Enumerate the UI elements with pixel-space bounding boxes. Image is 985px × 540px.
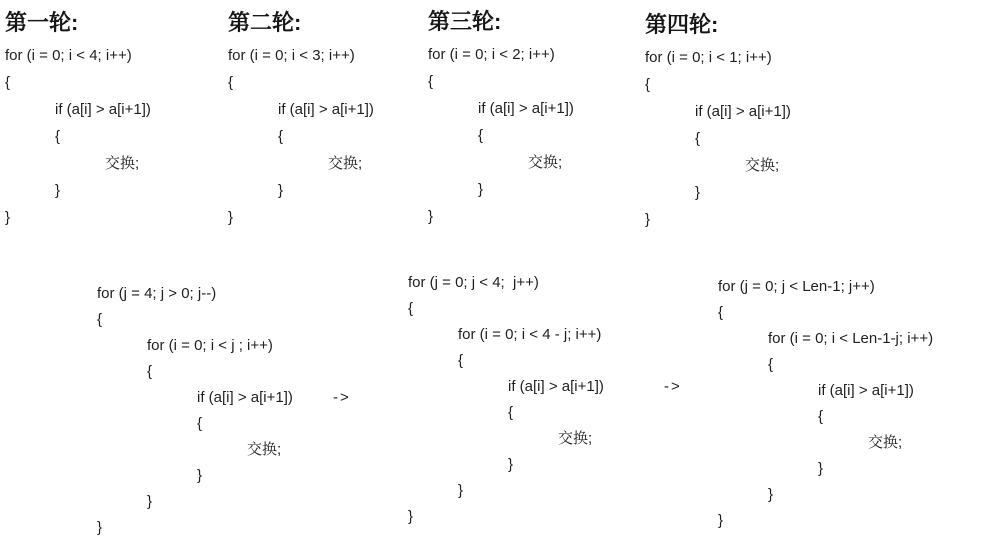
code-line: 交换; [408, 426, 604, 452]
code-line: } [428, 176, 574, 203]
generalized-loop-j-countdown-block: for (j = 4; j > 0; j--) { for (i = 0; i … [97, 281, 293, 540]
arrow-right-icon: -> [664, 374, 682, 400]
code-line: { [5, 69, 151, 96]
code-line: for (i = 0; i < Len-1-j; i++) [718, 326, 933, 352]
code-line: { [428, 68, 574, 95]
generalized-3-code: for (j = 0; j < Len-1; j++) { for (i = 0… [718, 274, 933, 534]
code-line: for (i = 0; i < 4 - j; i++) [408, 322, 604, 348]
code-line: { [718, 404, 933, 430]
code-line: { [408, 348, 604, 374]
code-line: { [408, 296, 604, 322]
code-line: } [5, 204, 151, 231]
code-line: } [645, 179, 791, 206]
code-line: if (a[i] > a[i+1]) [718, 378, 933, 404]
code-line: { [718, 300, 933, 326]
generalized-2-code: for (j = 0; j < 4; j++) { for (i = 0; i … [408, 270, 604, 530]
code-line: for (i = 0; i < 4; i++) [5, 42, 151, 69]
code-line: for (j = 4; j > 0; j--) [97, 281, 293, 307]
code-line: { [645, 71, 791, 98]
code-line: if (a[i] > a[i+1]) [408, 374, 604, 400]
round-2-block: 第二轮: for (i = 0; i < 3; i++) { if (a[i] … [228, 8, 374, 231]
code-line: for (i = 0; i < 2; i++) [428, 41, 574, 68]
code-line: } [228, 177, 374, 204]
round-3-code: for (i = 0; i < 2; i++) { if (a[i] > a[i… [428, 41, 574, 230]
round-4-block: 第四轮: for (i = 0; i < 1; i++) { if (a[i] … [645, 10, 791, 233]
code-line: } [718, 482, 933, 508]
code-line: { [428, 122, 574, 149]
code-line: } [408, 478, 604, 504]
code-line: { [228, 123, 374, 150]
round-4-title: 第四轮: [645, 10, 791, 40]
code-line: { [228, 69, 374, 96]
round-3-block: 第三轮: for (i = 0; i < 2; i++) { if (a[i] … [428, 7, 574, 230]
code-line: if (a[i] > a[i+1]) [97, 385, 293, 411]
code-line: } [5, 177, 151, 204]
generalized-loop-4-minus-j-block: for (j = 0; j < 4; j++) { for (i = 0; i … [408, 270, 604, 530]
code-line: for (i = 0; i < j ; i++) [97, 333, 293, 359]
code-line: 交换; [97, 437, 293, 463]
code-line: } [97, 463, 293, 489]
code-line: 交换; [228, 150, 374, 177]
code-line: } [408, 452, 604, 478]
code-line: if (a[i] > a[i+1]) [5, 96, 151, 123]
code-line: { [97, 307, 293, 333]
code-line: { [408, 400, 604, 426]
generalized-1-code: for (j = 4; j > 0; j--) { for (i = 0; i … [97, 281, 293, 540]
round-1-code: for (i = 0; i < 4; i++) { if (a[i] > a[i… [5, 42, 151, 231]
code-line: { [97, 359, 293, 385]
round-1-title: 第一轮: [5, 8, 151, 38]
generalized-loop-len-block: for (j = 0; j < Len-1; j++) { for (i = 0… [718, 274, 933, 534]
code-line: } [645, 206, 791, 233]
round-3-title: 第三轮: [428, 7, 574, 37]
round-4-code: for (i = 0; i < 1; i++) { if (a[i] > a[i… [645, 44, 791, 233]
code-line: for (i = 0; i < 1; i++) [645, 44, 791, 71]
code-line: 交换; [428, 149, 574, 176]
code-line: } [718, 508, 933, 534]
round-1-block: 第一轮: for (i = 0; i < 4; i++) { if (a[i] … [5, 8, 151, 231]
code-line: { [5, 123, 151, 150]
code-line: if (a[i] > a[i+1]) [228, 96, 374, 123]
code-line: { [97, 411, 293, 437]
arrow-right-icon: -> [333, 385, 351, 411]
code-line: if (a[i] > a[i+1]) [428, 95, 574, 122]
code-line: 交换; [645, 152, 791, 179]
notes-page: 第一轮: for (i = 0; i < 4; i++) { if (a[i] … [0, 0, 985, 540]
code-line: { [645, 125, 791, 152]
code-line: 交换; [718, 430, 933, 456]
code-line: 交换; [5, 150, 151, 177]
code-line: } [97, 489, 293, 515]
code-line: if (a[i] > a[i+1]) [645, 98, 791, 125]
code-line: for (i = 0; i < 3; i++) [228, 42, 374, 69]
round-2-code: for (i = 0; i < 3; i++) { if (a[i] > a[i… [228, 42, 374, 231]
code-line: } [228, 204, 374, 231]
round-2-title: 第二轮: [228, 8, 374, 38]
code-line: for (j = 0; j < 4; j++) [408, 270, 604, 296]
code-line: for (j = 0; j < Len-1; j++) [718, 274, 933, 300]
code-line: { [718, 352, 933, 378]
code-line: } [428, 203, 574, 230]
code-line: } [408, 504, 604, 530]
code-line: } [97, 515, 293, 540]
code-line: } [718, 456, 933, 482]
